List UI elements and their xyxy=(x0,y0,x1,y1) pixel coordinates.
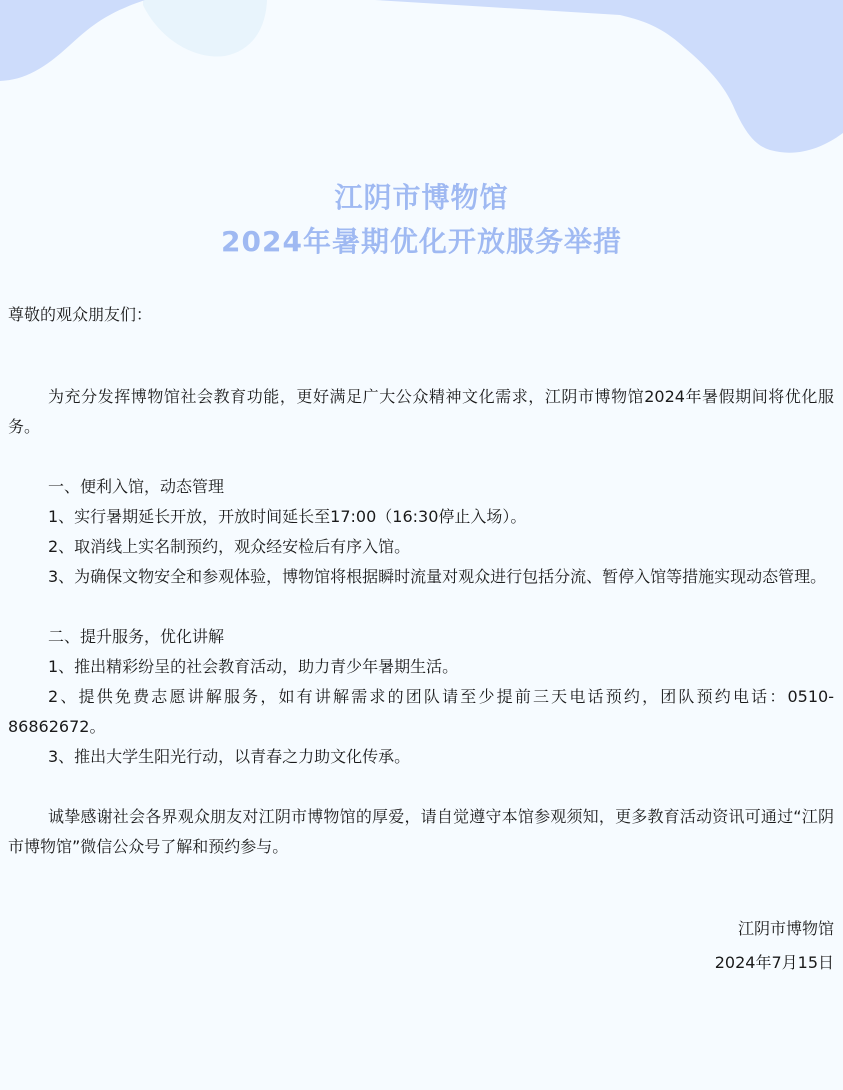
section-item: 2、提供免费志愿讲解服务，如有讲解需求的团队请至少提前三天电话预约，团队预约电话… xyxy=(8,682,834,742)
title-line-subject: 2024年暑期优化开放服务举措 xyxy=(0,220,843,264)
title-line-museum: 江阴市博物馆 xyxy=(0,176,843,220)
section-item: 3、推出大学生阳光行动，以青春之力助文化传承。 xyxy=(8,742,834,772)
date: 2024年7月15日 xyxy=(8,948,834,978)
section-2: 二、提升服务，优化讲解 1、推出精彩纷呈的社会教育活动，助力青少年暑期生活。 2… xyxy=(8,622,834,772)
section-item: 1、推出精彩纷呈的社会教育活动，助力青少年暑期生活。 xyxy=(8,652,834,682)
section-item: 2、取消线上实名制预约，观众经安检后有序入馆。 xyxy=(8,532,834,562)
pale-circle-shape xyxy=(143,0,267,57)
section-heading: 二、提升服务，优化讲解 xyxy=(8,622,834,652)
right-blob-shape xyxy=(375,0,843,153)
section-heading: 一、便利入馆，动态管理 xyxy=(8,472,834,502)
salutation: 尊敬的观众朋友们： xyxy=(8,300,834,330)
intro-paragraph: 为充分发挥博物馆社会教育功能，更好满足广大公众精神文化需求，江阴市博物馆2024… xyxy=(8,382,834,442)
section-item: 3、为确保文物安全和参观体验，博物馆将根据瞬时流量对观众进行包括分流、暂停入馆等… xyxy=(8,562,834,592)
section-1: 一、便利入馆，动态管理 1、实行暑期延长开放，开放时间延长至17:00（16:3… xyxy=(8,472,834,592)
left-blob-shape xyxy=(0,0,145,81)
letter-body: 尊敬的观众朋友们： 为充分发挥博物馆社会教育功能，更好满足广大公众精神文化需求，… xyxy=(8,300,834,978)
document-title: 江阴市博物馆 2024年暑期优化开放服务举措 xyxy=(0,176,843,264)
closing-paragraph: 诚挚感谢社会各界观众朋友对江阴市博物馆的厚爱，请自觉遵守本馆参观须知，更多教育活… xyxy=(8,802,834,862)
decorative-background-blobs xyxy=(0,0,843,170)
section-item: 1、实行暑期延长开放，开放时间延长至17:00（16:30停止入场）。 xyxy=(8,502,834,532)
signature: 江阴市博物馆 xyxy=(8,914,834,944)
